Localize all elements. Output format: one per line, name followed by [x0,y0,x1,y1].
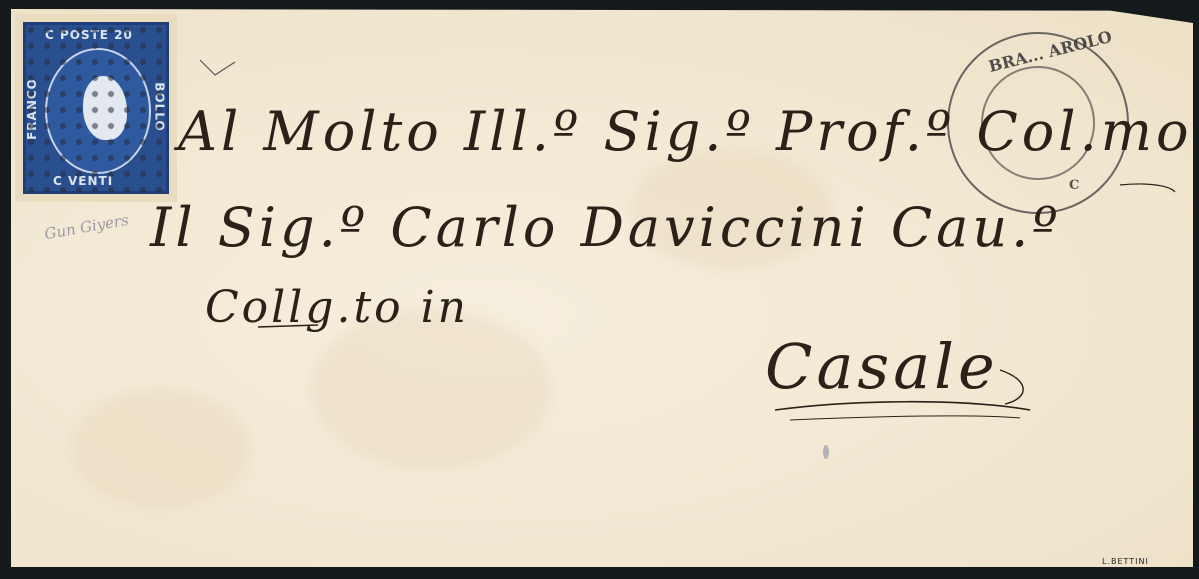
address-line-3: Collg.to in [205,282,469,333]
stamp-face: C POSTE 20 C VENTI FRANCO BOLLO [23,22,169,194]
address-city: Casale [765,330,999,403]
photo-credit: L.BETTINI [1102,557,1149,566]
paper-stain [311,309,551,469]
address-line-2: Il Sig.º Carlo Daviccini Cau.º [150,196,1062,259]
postmark-letter: C [1069,178,1079,193]
paper-stain [71,389,251,509]
postage-stamp: C POSTE 20 C VENTI FRANCO BOLLO [15,14,177,202]
cancellation-dots [23,22,169,194]
address-line-1: Al Molto Ill.º Sig.º Prof.º Col.mo [178,100,1192,163]
